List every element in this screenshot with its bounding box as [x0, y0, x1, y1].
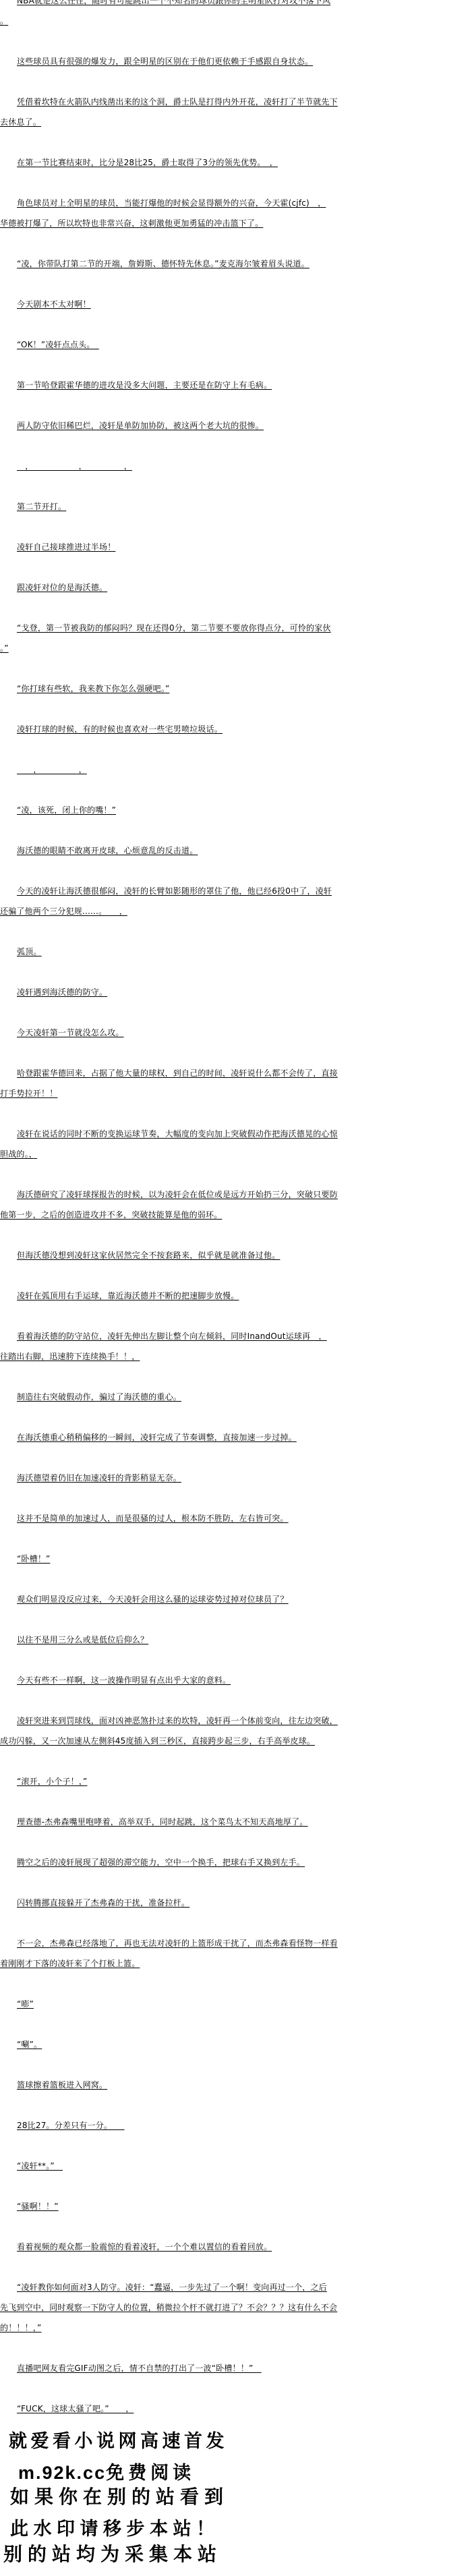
paragraph: “骚啊！！” [0, 2196, 351, 2216]
paragraph-line: 。 [0, 11, 351, 31]
watermark-notice-1: 如果你在别的站看到 [10, 2488, 229, 2507]
paragraph-line: 在海沃德重心稍稍偏移的一瞬间，凌轩完成了节奏调整，直接加速一步过掉。 [0, 1427, 351, 1448]
paragraph-line: 海沃德望着仍旧在加速凌轩的背影稍显无奈。 [0, 1468, 351, 1488]
paragraph: 海沃德的眼睛不敢离开皮球，心烦意乱的反击道。 [0, 840, 351, 861]
paragraph-line: 今天剧本不太对啊！ [0, 294, 351, 314]
paragraph-line: 闪转腾挪直接躲开了杰弗森的干扰，准备拉杆。 [0, 1893, 351, 1913]
watermark-notice-3: 别的站均为采集本站 [3, 2545, 222, 2564]
paragraph: “唰”。 [0, 2034, 351, 2055]
paragraph: 这些球员具有很强的爆发力，跟全明星的区别在于他们更依赖于手感跟自身状态。 [0, 51, 351, 71]
paragraph-line: 以往不是用三分么或是低位后仰么？ [0, 1630, 351, 1650]
paragraph-line: “滚开，小个子！，” [0, 1771, 351, 1792]
paragraph: 凭借着坎特在火箭队内线凿出来的这个洞，爵士队是打得内外开花，凌轩打了半节就先下去… [0, 92, 351, 132]
chapter-text: NBA就是这么任性，随时有可能跳出一个不知名的球员跟你的全明星队打对攻不落下风。… [0, 0, 351, 2439]
paragraph-line: “骚啊！！” [0, 2196, 351, 2216]
paragraph: 但海沃德没想到凌轩这家伙居然完全不按套路来，似乎就是就准备过他。 [0, 1245, 351, 1265]
paragraph: 在第一节比赛结束时，比分是28比25，爵士取得了3分的领先优势。 ， [0, 152, 351, 173]
paragraph: 28比27。分差只有一分。 [0, 2115, 351, 2136]
paragraph-line: “OK！”凌轩点点头。 [0, 335, 351, 355]
paragraph: 跟凌轩对位的是海沃德。 [0, 577, 351, 598]
paragraph: 今天的凌轩让海沃德很郁闷，凌轩的长臂如影随形的罩住了他，他已经6投0中了，凌轩还… [0, 881, 351, 921]
blank-separator: ， ， ， [0, 456, 351, 476]
paragraph: 这并不是简单的加速过人，而是很骚的过人，根本防不胜防，左右皆可突。 [0, 1508, 351, 1528]
paragraph-line: 但海沃德没想到凌轩这家伙居然完全不按套路来，似乎就是就准备过他。 [0, 1245, 351, 1265]
paragraph: 观众们明显没反应过来，今天凌轩会用这么骚的运球姿势过掉对位球员了？ [0, 1589, 351, 1609]
paragraph-line: “你打球有些软，我来教下你怎么强硬吧。” [0, 679, 351, 699]
paragraph: 弧顶。 [0, 942, 351, 962]
paragraph-line: 华德被打爆了，所以坎特也非常兴奋，这刺激他更加勇猛的冲击篮下了。 [0, 213, 351, 233]
paragraph-line: 观众们明显没反应过来，今天凌轩会用这么骚的运球姿势过掉对位球员了？ [0, 1589, 351, 1609]
watermark-site-line: m.92k.cc免费阅读 [18, 2464, 195, 2482]
paragraph: “凌，你带队打第二节的开端，詹姆斯、德怀特先休息。”麦克海尔皱着眉头说道。 [0, 254, 351, 274]
paragraph-line: ， ， [0, 760, 351, 780]
paragraph-line: 去休息了。 [0, 112, 351, 132]
paragraph-line: 成功闪躲，又一次加速从左侧斜45度插入到三秒区，直接跨步起三步，右手高举皮球。 [0, 1731, 351, 1751]
paragraph-line: 凌轩突进来到罚球线，面对凶神恶煞扑过来的坎特，凌轩再一个体前变向，往左边突破， [0, 1711, 351, 1731]
paragraph: “FUCK，这球太骚了吧。” ， [0, 2399, 351, 2419]
paragraph-line: 还骗了他两个三分犯规......。 ， [0, 901, 351, 921]
paragraph-line: 他第一步，之后的创造进攻并不多，突破技能算是他的弱环。 [0, 1205, 351, 1225]
paragraph-line: “FUCK，这球太骚了吧。” ， [0, 2399, 351, 2419]
paragraph-line: 今天凌轩第一节就没怎么攻。 [0, 1023, 351, 1043]
paragraph: “滚开，小个子！，” [0, 1771, 351, 1792]
paragraph-line: 不一会，杰弗森已经落地了，再也无法对凌轩的上篮形成干扰了，而杰弗森看怪物一样看 [0, 1933, 351, 1953]
paragraph-line: 两人防守依旧稀巴烂，凌轩是单防加协防，被这两个老大坑的很惨。 [0, 416, 351, 436]
paragraph-line: “戈登，第一节被我防的郁闷吗？现在还得0分，第二节要不要放你得点分，可怜的家伙 [0, 618, 351, 638]
paragraph-line: 打手势拉开！！ [0, 1083, 351, 1104]
watermark-notice-2: 此水印请移步本站！ [10, 2520, 220, 2538]
paragraph-line: “嘭” [0, 1994, 351, 2014]
paragraph: “戈登，第一节被我防的郁闷吗？现在还得0分，第二节要不要放你得点分，可怜的家伙。… [0, 618, 351, 658]
paragraph-line: 凌轩打球的时候，有的时候也喜欢对一些宅男喷垃圾话。 [0, 719, 351, 739]
paragraph-line: 跟凌轩对位的是海沃德。 [0, 577, 351, 598]
paragraph-line: 这并不是简单的加速过人，而是很骚的过人，根本防不胜防，左右皆可突。 [0, 1508, 351, 1528]
paragraph: 闪转腾挪直接躲开了杰弗森的干扰，准备拉杆。 [0, 1893, 351, 1913]
paragraph-line: 。” [0, 638, 351, 658]
paragraph: 凌轩自己接球推进过半场！ [0, 537, 351, 557]
paragraph-line: 直播吧网友看完GIF动图之后，情不自禁的打出了一波“卧槽！！” [0, 2358, 351, 2378]
paragraph-line: 腾空之后的凌轩展现了超强的滞空能力，空中一个换手，把球右手又换到左手。 [0, 1852, 351, 1872]
paragraph-line: “卧槽！” [0, 1549, 351, 1569]
paragraph: 以往不是用三分么或是低位后仰么？ [0, 1630, 351, 1650]
paragraph-line: 看着视频的观众都一脸震惊的看着凌轩，一个个难以置信的看着回放。 [0, 2237, 351, 2257]
paragraph: “OK！”凌轩点点头。 [0, 335, 351, 355]
paragraph-line: 制造往右突破假动作，骗过了海沃德的重心。 [0, 1387, 351, 1407]
paragraph-line: 弧顶。 [0, 942, 351, 962]
paragraph-line: “唰”。 [0, 2034, 351, 2055]
paragraph-line: 今天的凌轩让海沃德很郁闷，凌轩的长臂如影随形的罩住了他，他已经6投0中了，凌轩 [0, 881, 351, 901]
paragraph: 不一会，杰弗森已经落地了，再也无法对凌轩的上篮形成干扰了，而杰弗森看怪物一样看着… [0, 1933, 351, 1974]
paragraph-line: 在第一节比赛结束时，比分是28比25，爵士取得了3分的领先优势。 ， [0, 152, 351, 173]
paragraph-line: 今天有些不一样啊，这一波操作明显有点出乎大家的意料。 [0, 1670, 351, 1690]
paragraph: 理查德-杰弗森嘴里咆哮着，高举双手，同时起跳，这个菜鸟太不知天高地厚了。 [0, 1812, 351, 1832]
paragraph: 凌轩突进来到罚球线，面对凶神恶煞扑过来的坎特，凌轩再一个体前变向，往左边突破，成… [0, 1711, 351, 1751]
paragraph: “凌，该死，闭上你的嘴！” [0, 800, 351, 820]
paragraph-line: 凌轩在说话的同时不断的变换运球节奏，大幅度的变向加上突破假动作把海沃德晃的心惊 [0, 1124, 351, 1144]
paragraph-line: “凌轩教你如何面对3人防守。凌轩：“蠢逼，一步先过了一个啊！变向再过一个，之后 [0, 2277, 351, 2297]
paragraph-line: 看着海沃德的防守站位，凌轩先伸出左脚让整个向左倾斜，同时InandOut运球再 … [0, 1326, 351, 1346]
paragraph: 凌轩在说话的同时不断的变换运球节奏，大幅度的变向加上突破假动作把海沃德晃的心惊胆… [0, 1124, 351, 1164]
paragraph: 制造往右突破假动作，骗过了海沃德的重心。 [0, 1387, 351, 1407]
paragraph: 直播吧网友看完GIF动图之后，情不自禁的打出了一波“卧槽！！” [0, 2358, 351, 2378]
paragraph: 腾空之后的凌轩展现了超强的滞空能力，空中一个换手，把球右手又换到左手。 [0, 1852, 351, 1872]
paragraph: “凌轩**。” [0, 2156, 351, 2176]
paragraph: 今天剧本不太对啊！ [0, 294, 351, 314]
paragraph-line: NBA就是这么任性，随时有可能跳出一个不知名的球员跟你的全明星队打对攻不落下风 [0, 0, 351, 11]
paragraph-line: “凌，该死，闭上你的嘴！” [0, 800, 351, 820]
paragraph: “卧槽！” [0, 1549, 351, 1569]
paragraph: 凌轩遇到海沃德的防守。 [0, 982, 351, 1002]
paragraph-line: 凌轩自己接球推进过半场！ [0, 537, 351, 557]
paragraph: 看着视频的观众都一脸震惊的看着凌轩，一个个难以置信的看着回放。 [0, 2237, 351, 2257]
paragraph-line: 凌轩在弧顶用右手运球，靠近海沃德并不断的把速脚步放慢。 [0, 1286, 351, 1306]
paragraph: 海沃德研究了凌轩球探报告的时候，以为凌轩会在低位或是远方开始扔三分，突破只要防他… [0, 1184, 351, 1225]
watermark-site-suffix: 免费阅读 [106, 2463, 195, 2484]
paragraph: 哈登跟霍华德回来，占据了他大量的球权，到自己的时间，凌轩说什么都不会传了，直接打… [0, 1063, 351, 1104]
paragraph-line: 28比27。分差只有一分。 [0, 2115, 351, 2136]
paragraph-line: “凌，你带队打第二节的开端，詹姆斯、德怀特先休息。”麦克海尔皱着眉头说道。 [0, 254, 351, 274]
paragraph: “嘭” [0, 1994, 351, 2014]
paragraph-line: 第一节哈登跟霍华德的进攻是没多大问题，主要还是在防守上有毛病。 [0, 375, 351, 395]
paragraph: 今天有些不一样啊，这一波操作明显有点出乎大家的意料。 [0, 1670, 351, 1690]
paragraph: NBA就是这么任性，随时有可能跳出一个不知名的球员跟你的全明星队打对攻不落下风。 [0, 0, 351, 31]
paragraph-line: 这些球员具有很强的爆发力，跟全明星的区别在于他们更依赖于手感跟自身状态。 [0, 51, 351, 71]
paragraph: 篮球擦着篮板进入网窝。 [0, 2075, 351, 2095]
paragraph-line: 海沃德的眼睛不敢离开皮球，心烦意乱的反击道。 [0, 840, 351, 861]
paragraph-line: 凌轩遇到海沃德的防守。 [0, 982, 351, 1002]
paragraph: 凌轩打球的时候，有的时候也喜欢对一些宅男喷垃圾话。 [0, 719, 351, 739]
blank-separator: ， ， [0, 760, 351, 780]
paragraph: 凌轩在弧顶用右手运球，靠近海沃德并不断的把速脚步放慢。 [0, 1286, 351, 1306]
paragraph-line: 的！！！，” [0, 2318, 351, 2338]
paragraph: “凌轩教你如何面对3人防守。凌轩：“蠢逼，一步先过了一个啊！变向再过一个，之后先… [0, 2277, 351, 2338]
paragraph: 海沃德望着仍旧在加速凌轩的背影稍显无奈。 [0, 1468, 351, 1488]
paragraph: 在海沃德重心稍稍偏移的一瞬间，凌轩完成了节奏调整，直接加速一步过掉。 [0, 1427, 351, 1448]
paragraph-line: 往踏出右脚，迅速胯下连续换手！！， [0, 1346, 351, 1367]
paragraph-line: 胆战的。， [0, 1144, 351, 1164]
paragraph-line: 第二节开打。 [0, 496, 351, 517]
paragraph: 今天凌轩第一节就没怎么攻。 [0, 1023, 351, 1043]
watermark-site-url: m.92k.cc [18, 2463, 106, 2483]
paragraph-line: 篮球擦着篮板进入网窝。 [0, 2075, 351, 2095]
paragraph-line: ， ， ， [0, 456, 351, 476]
paragraph-line: “凌轩**。” [0, 2156, 351, 2176]
paragraph: 看着海沃德的防守站位，凌轩先伸出左脚让整个向左倾斜，同时InandOut运球再 … [0, 1326, 351, 1367]
paragraph: 角色球员对上全明星的球员，当能打爆他的时候会显得额外的兴奋，今天霍(cjfc) … [0, 193, 351, 233]
paragraph: 两人防守依旧稀巴烂，凌轩是单防加协防，被这两个老大坑的很惨。 [0, 416, 351, 436]
paragraph-line: 着刚刚才下落的凌轩来了个打板上篮。 [0, 1953, 351, 1974]
paragraph-line: 理查德-杰弗森嘴里咆哮着，高举双手，同时起跳，这个菜鸟太不知天高地厚了。 [0, 1812, 351, 1832]
paragraph: 第二节开打。 [0, 496, 351, 517]
paragraph-line: 海沃德研究了凌轩球探报告的时候，以为凌轩会在低位或是远方开始扔三分，突破只要防 [0, 1184, 351, 1205]
paragraph-line: 哈登跟霍华德回来，占据了他大量的球权，到自己的时间，凌轩说什么都不会传了，直接 [0, 1063, 351, 1083]
paragraph-line: 凭借着坎特在火箭队内线凿出来的这个洞，爵士队是打得内外开花，凌轩打了半节就先下 [0, 92, 351, 112]
paragraph-line: 角色球员对上全明星的球员，当能打爆他的时候会显得额外的兴奋，今天霍(cjfc) … [0, 193, 351, 213]
paragraph-line: 先飞到空中，同时观察一下防守人的位置，稍微拉个杆不就打进了？不会？？？这有什么不… [0, 2297, 351, 2318]
paragraph: 第一节哈登跟霍华德的进攻是没多大问题，主要还是在防守上有毛病。 [0, 375, 351, 395]
paragraph: “你打球有些软，我来教下你怎么强硬吧。” [0, 679, 351, 699]
